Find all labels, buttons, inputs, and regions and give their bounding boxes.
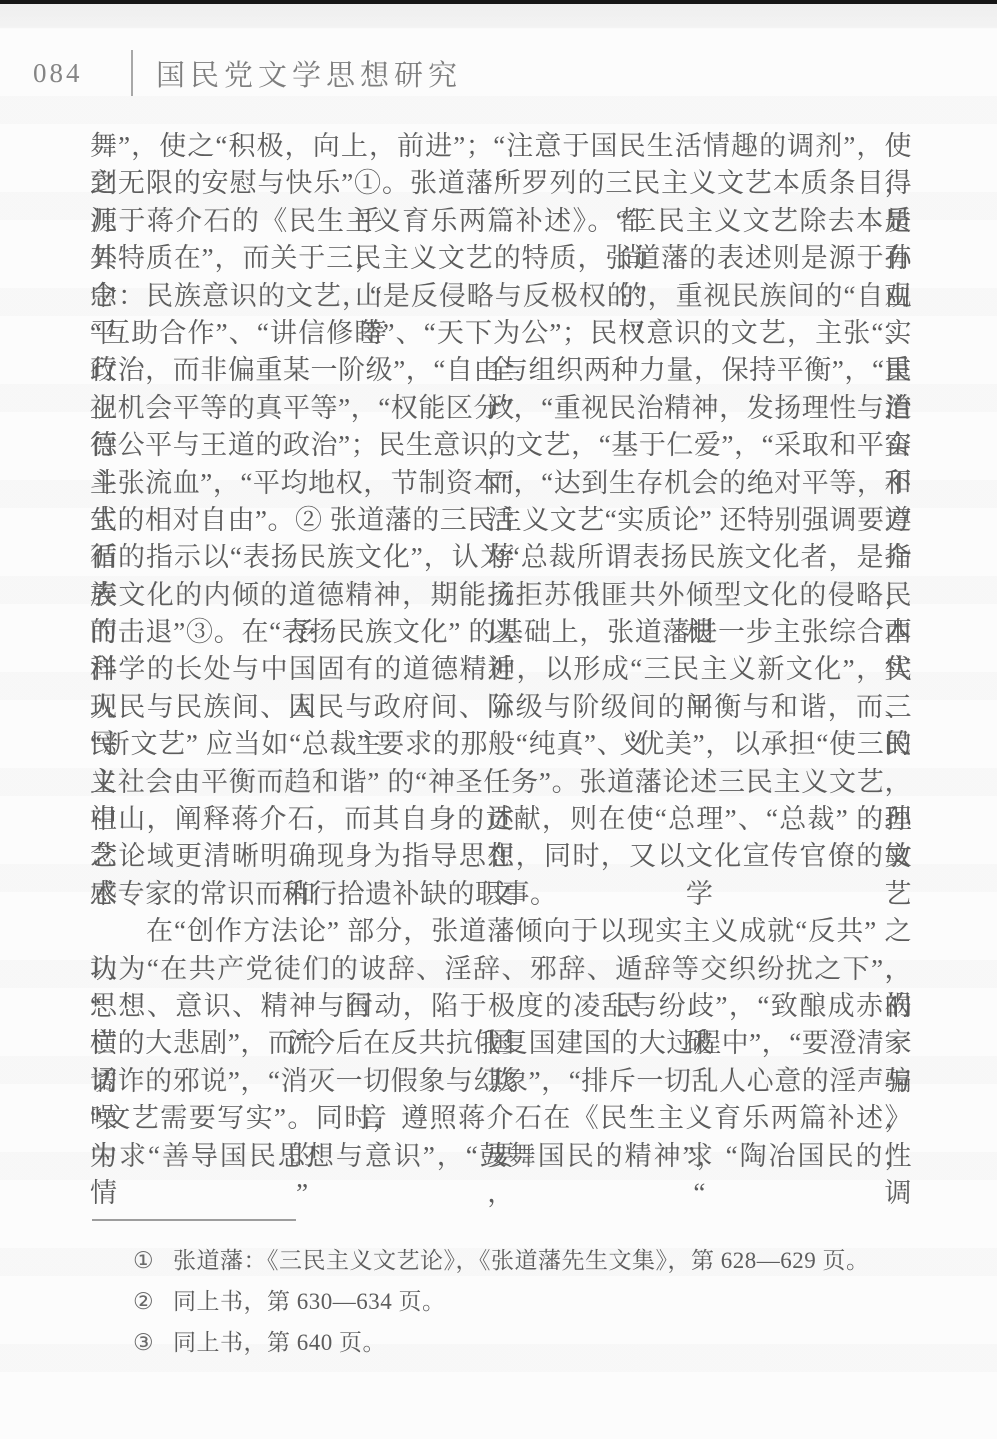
text-line: 其特质在”，而关于三民主义文艺的特质，张道藩的表述则是源于孙中山的观 xyxy=(90,240,912,277)
text-line: 中山，阐释蒋介石，而其自身的贡献，则在使“总理”、“总裁” 的理念在文 xyxy=(90,801,912,838)
text-line: 到无限的安慰与快乐”①。张道藩所罗列的三民主义文艺本质条目，几乎都是 xyxy=(90,165,912,202)
text-line: 谲诈的邪说”，“消灭一切假象与幻象”，“排斥一切乱人心意的淫声与噪音”， xyxy=(90,1063,912,1100)
text-line: 源于蒋介石的《民生主义育乐两篇补述》。“三民主义文艺除去本质外，尚有 xyxy=(90,203,912,240)
footnotes: ① 张道藩：《三民主义文艺论》，《张道藩先生文集》，第 628—629 页。 ②… xyxy=(133,1240,923,1363)
text-line: 舞”，使之“积极，向上，前进”；“注意于国民生活情趣的调剂”，使之“得 xyxy=(90,128,912,165)
text-line: “新文艺” 应当如“总裁” 要求的那般“纯真”、“优美”，以承担“使三民主 xyxy=(90,726,912,763)
footnote: ③ 同上书，第 640 页。 xyxy=(133,1322,923,1363)
book-page: 084 国民党文学思想研究 舞”，使之“积极，向上，前进”；“注意于国民生活情趣… xyxy=(0,0,997,1439)
footnote-marker: ③ xyxy=(133,1322,173,1363)
text-line: “文艺需要写实”。同时，遵照蒋介石在《民生主义育乐两篇补述》中的要求， xyxy=(90,1100,912,1137)
text-line: 义社会由平衡而趋和谐” 的“神圣任务”。张道藩论述三民主义文艺，祖述孙 xyxy=(90,764,912,801)
text-line: 式的相对自由”。② 张道藩的三民主义文艺“实质论” 还特别强调要遵循蒋介 xyxy=(90,502,912,539)
footnote-separator xyxy=(92,1219,296,1221)
footnote-marker: ② xyxy=(133,1281,173,1322)
text-line: 科学的长处与中国固有的道德精神，以形成“三民主义新文化”，实现国际间、 xyxy=(90,651,912,688)
text-line: 艺论域更清晰明确现身为指导思想，同时，又以文化宣传官僚的敏感和文学艺 xyxy=(90,838,912,875)
page-header: 084 国民党文学思想研究 xyxy=(33,50,462,96)
header-divider xyxy=(131,50,133,96)
text-line: 认为“在共产党徒们的诐辞、淫辞、邪辞、遁辞等交织纷扰之下”，“国民的 xyxy=(90,951,912,988)
scan-edge-strip xyxy=(0,0,997,4)
footnote: ① 张道藩：《三民主义文艺论》，《张道藩先生文集》，第 628—629 页。 xyxy=(133,1240,923,1281)
text-line: “互助合作”、“讲信修睦”、“天下为公”；民权意识的文艺，主张“实行全民 xyxy=(90,315,912,352)
body-text: 舞”，使之“积极，向上，前进”；“注意于国民生活情趣的调剂”，使之“得 到无限的… xyxy=(90,128,912,1175)
text-line: 为求“善导国民思想与意识”，“鼓舞国民的精神”，“陶冶国民的性情”，“调 xyxy=(90,1138,912,1175)
page-number: 084 xyxy=(33,58,108,89)
text-line: 的击退”③。在“表扬民族文化” 的基础上，张道藩进一步主张综合西洋近代 xyxy=(90,614,912,651)
text-line: 政治，而非偏重某一阶级”，“自由与组织两种力量，保持平衡”，“重视政治 xyxy=(90,352,912,389)
text-line: 人民与民族间、人民与政府间、阶级与阶级间的平衡与和谐，而三民主义的 xyxy=(90,689,912,726)
text-line: 上机会平等的真平等”，“权能区分”，“重视民治精神，发扬理性与道德，实 xyxy=(90,390,912,427)
book-title: 国民党文学思想研究 xyxy=(156,53,462,94)
text-line: 念：民族意识的文艺，“是反侵略与反极权的”，重视民族间的“自由平等”、 xyxy=(90,278,912,315)
footnote-marker: ① xyxy=(133,1240,173,1281)
text-line: 主张流血”，“平均地权，节制资本”，“达到生存机会的绝对平等，和生活方 xyxy=(90,465,912,502)
footnote-text: 同上书，第 640 页。 xyxy=(173,1322,923,1363)
footnote: ② 同上书，第 630—634 页。 xyxy=(133,1281,923,1322)
footnote-text: 同上书，第 630—634 页。 xyxy=(173,1281,923,1322)
text-line: 族文化的内倾的道德精神，期能抗拒苏俄匪共外倾型文化的侵略，而予以根本 xyxy=(90,577,912,614)
text-line: 行公平与王道的政治”；民生意识的文艺，“基于仁爱”，“采取和平奋斗而不 xyxy=(90,427,912,464)
text-line: 石的指示以“表扬民族文化”，认为“总裁所谓表扬民族文化者，是指表扬民 xyxy=(90,539,912,576)
footnote-text: 张道藩：《三民主义文艺论》，《张道藩先生文集》，第 628—629 页。 xyxy=(173,1240,923,1281)
text-line-paragraph-start: 在“创作方法论” 部分，张道藩倾向于以现实主义成就“反共” 之功， xyxy=(90,913,912,950)
text-line: 思想、意识、精神与行动，陷于极度的凌乱与纷歧”，“致酿成赤祸横流国破家 xyxy=(90,988,912,1025)
text-line: 亡的大悲剧”，而“今后在反共抗俄复国建国的大过程中”，“要澄清一切欺骗 xyxy=(90,1025,912,1062)
